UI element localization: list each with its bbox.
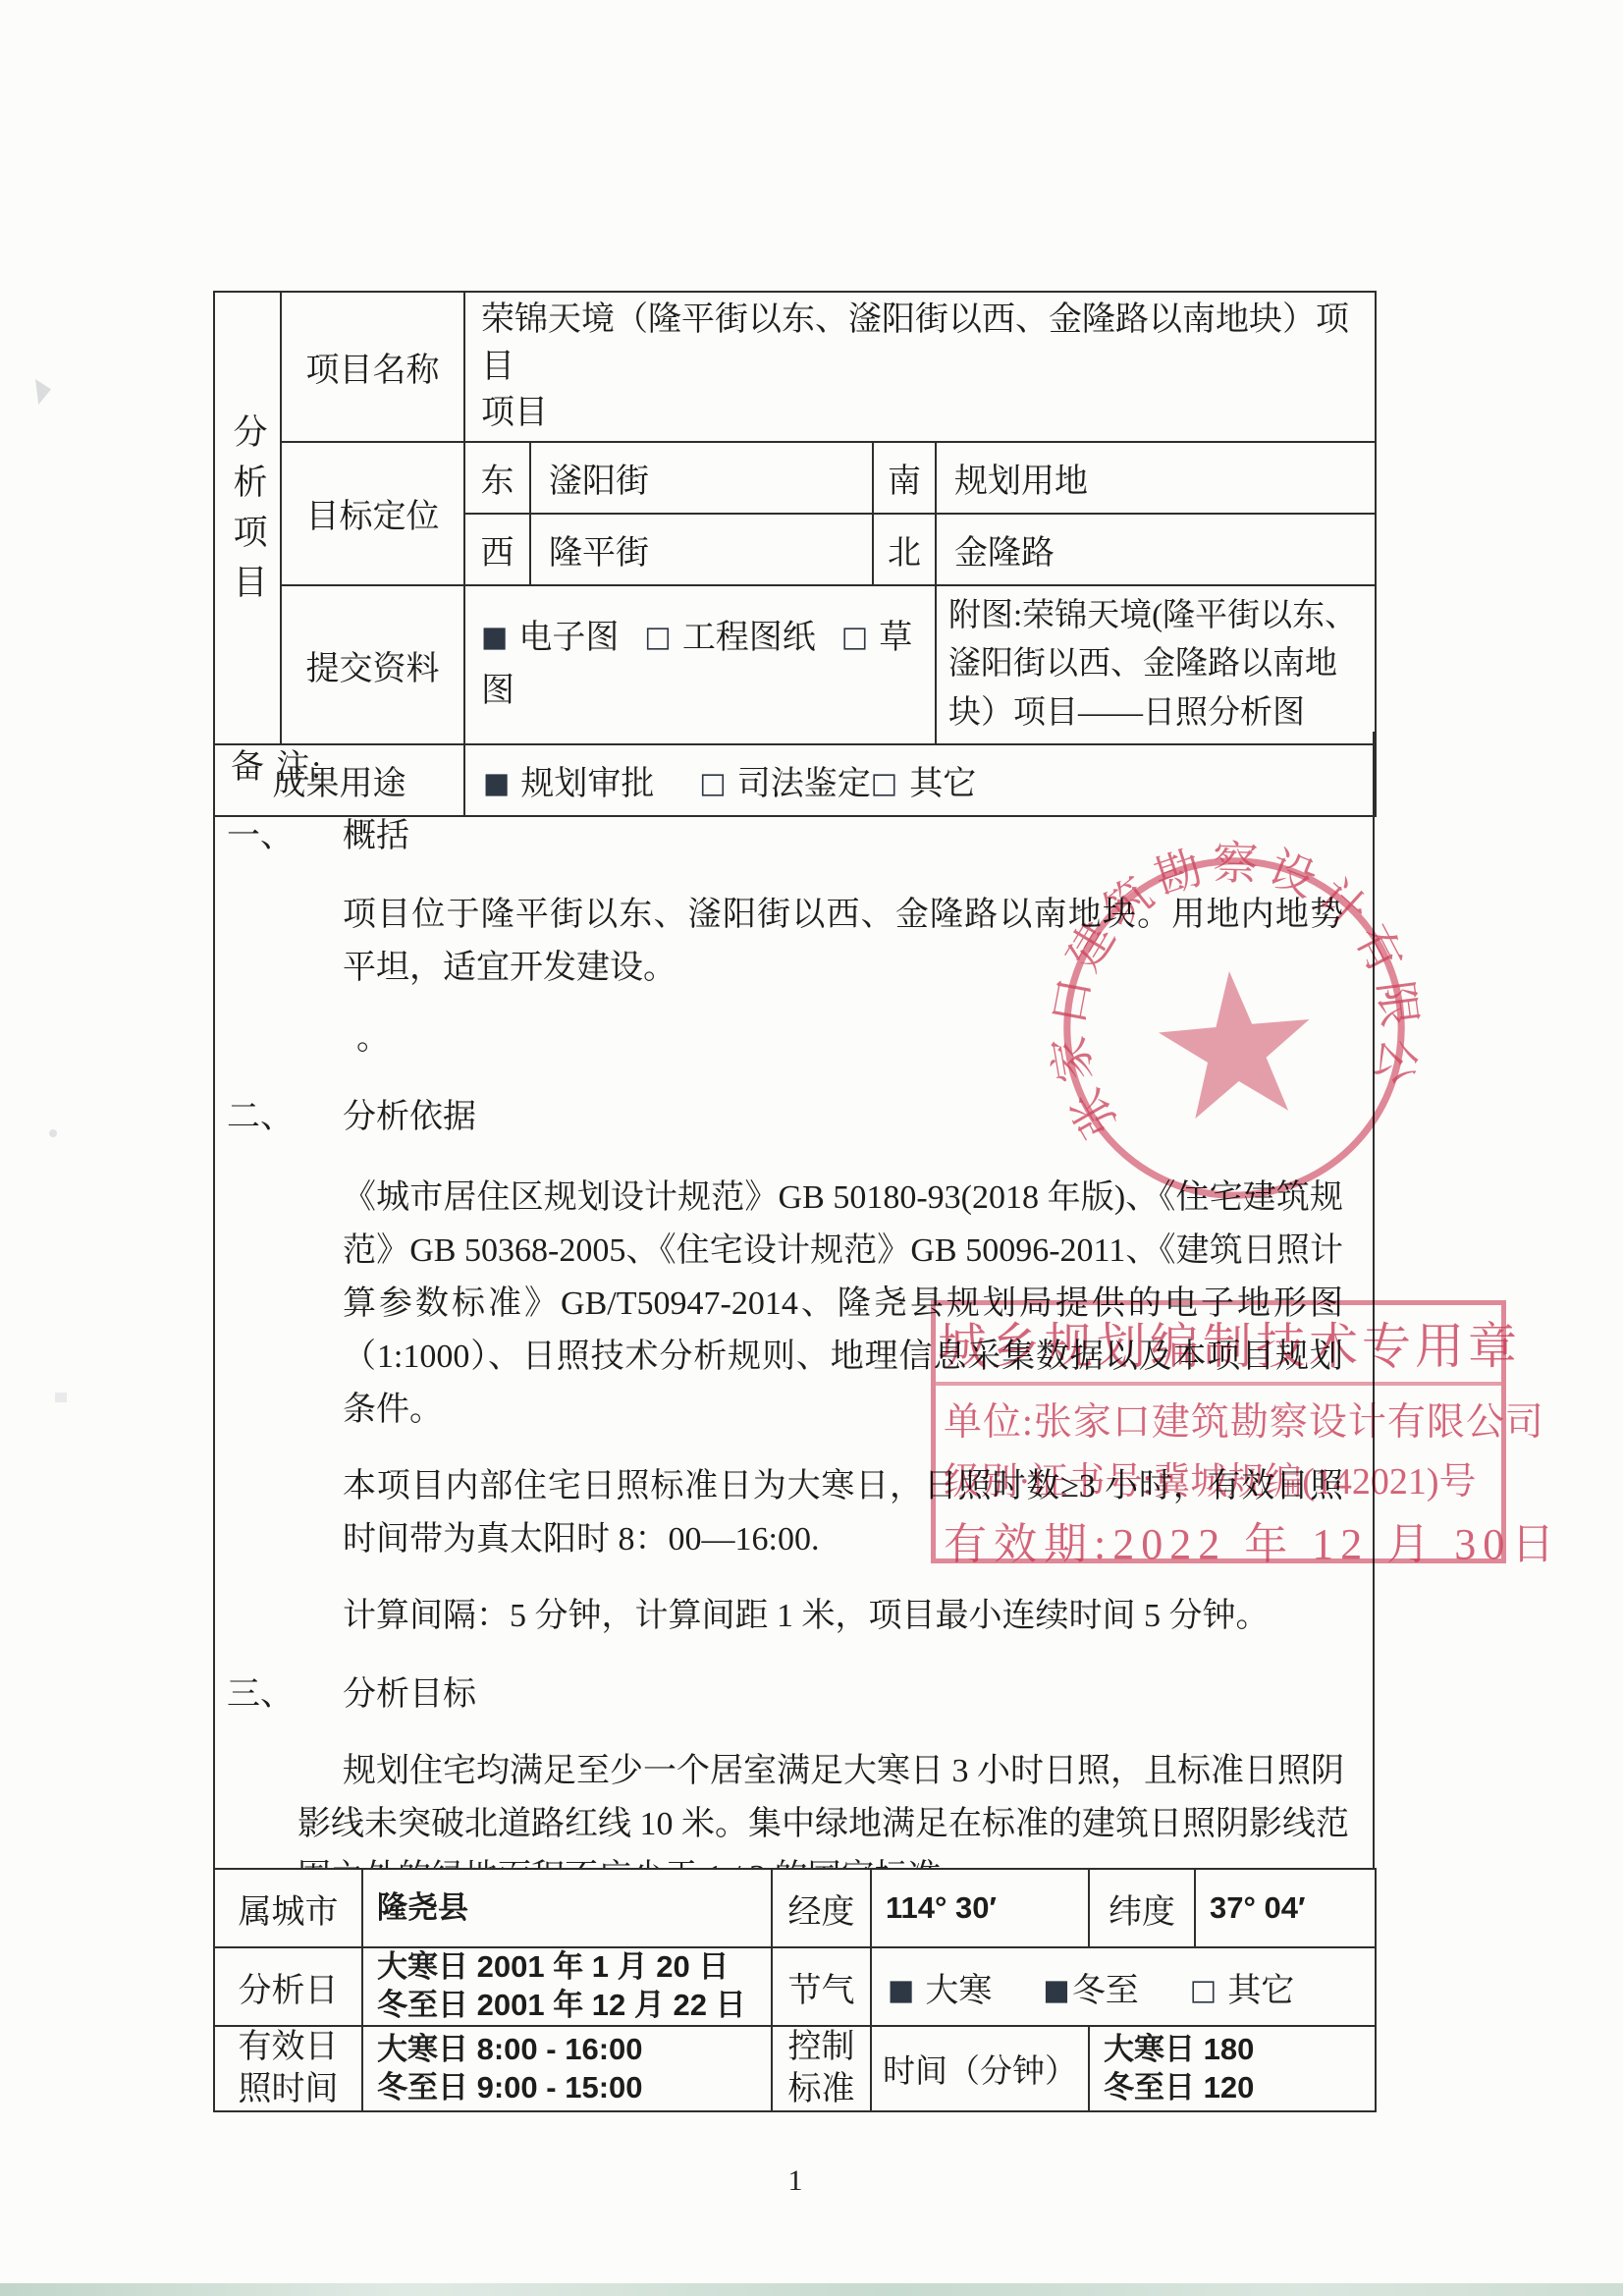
remarks-heading: 备 注: (231, 741, 1373, 794)
control-metric-label: 时间（分钟） (871, 2026, 1089, 2111)
table-row: 提交资料 ■电子图□工程图纸□草图 附图:荣锦天境(隆平街以东、滏阳街以西、金隆… (214, 585, 1376, 745)
section-number: 一、 (227, 810, 343, 863)
checkbox-option: □工程图纸 (644, 620, 815, 656)
table-row: 属城市 隆尧县 经度 114° 30′ 纬度 37° 04′ (214, 1869, 1376, 1947)
scan-smudge (55, 1393, 67, 1402)
section-1-paragraph: 项目位于隆平街以东、滏阳街以西、金隆路以南地块。用地内地势平坦，适宜开发建设。 (343, 889, 1343, 995)
section-title: 分析依据 (343, 1099, 476, 1135)
section-2-paragraph-1: 《城市居住区规划设计规范》GB 50180-93(2018 年版)、《住宅建筑规… (343, 1172, 1343, 1437)
valid-time-value: 大寒日 8:00 - 16:00 冬至日 9:00 - 15:00 (362, 2026, 772, 2111)
project-name-label: 项目名称 (281, 292, 464, 442)
option-label: 电子图 (518, 620, 619, 656)
analysis-day-value: 大寒日 2001 年 1 月 20 日 冬至日 2001 年 12 月 22 日 (362, 1947, 772, 2026)
section-2-paragraph-3: 计算间隔：5 分钟，计算间距 1 米，项目最小连续时间 5 分钟。 (343, 1590, 1343, 1643)
checkbox-checked-icon: ■ (1043, 1973, 1069, 2006)
dir-south-label: 南 (873, 442, 936, 514)
section-2-paragraph-2: 本项目内部住宅日照标准日为大寒日，日照时数≥3 小时，有效日照时间带为真太阳时 … (343, 1460, 1343, 1566)
scan-smudge (35, 379, 51, 405)
option-label: 其它 (1227, 1973, 1294, 2009)
table-row: 有效日 照时间 大寒日 8:00 - 16:00 冬至日 9:00 - 15:0… (214, 2026, 1376, 2111)
city-label: 属城市 (214, 1869, 362, 1947)
checkbox-empty-icon: □ (644, 620, 671, 653)
checkbox-empty-icon: □ (841, 620, 868, 653)
section-3-paragraph-1: 规划住宅均满足至少一个居室满足大寒日 3 小时日照，且标准日照阴影线未突破北道路… (298, 1745, 1351, 1868)
remarks-section: 备 注: 一、概括 项目位于隆平街以东、滏阳街以西、金隆路以南地块。用地内地势平… (213, 732, 1375, 1868)
attachment-note: 附图:荣锦天境(隆平街以东、滏阳街以西、金隆路以南地块）项目——日照分析图 (936, 585, 1376, 745)
scanner-edge-artifact (0, 2283, 1623, 2296)
project-name-value: 荣锦天境（隆平街以东、滏阳街以西、金隆路以南地块）项目 项目 (464, 292, 1376, 442)
option-label: 工程图纸 (682, 620, 816, 656)
latitude-value: 37° 04′ (1195, 1869, 1376, 1947)
dir-west-value: 隆平街 (530, 514, 873, 585)
checkbox-empty-icon: □ (1190, 1973, 1217, 2006)
section-title: 分析目标 (343, 1676, 476, 1713)
scanned-sunshine-analysis-form: 分析项目 项目名称 荣锦天境（隆平街以东、滏阳街以西、金隆路以南地块）项目 项目… (0, 0, 1623, 2296)
orientation-label: 目标定位 (281, 442, 464, 585)
longitude-label: 经度 (772, 1869, 871, 1947)
control-standard-label: 控制 标准 (772, 2026, 871, 2111)
section-number: 三、 (227, 1668, 343, 1722)
materials-label: 提交资料 (281, 585, 464, 745)
checkbox-option: ■电子图 (481, 620, 619, 656)
latitude-label: 纬度 (1089, 1869, 1195, 1947)
dir-north-value: 金隆路 (936, 514, 1376, 585)
checkbox-option: □其它 (1190, 1973, 1294, 2009)
location-parameters-table: 属城市 隆尧县 经度 114° 30′ 纬度 37° 04′ 分析日 大寒日 2… (213, 1868, 1377, 2112)
solar-term-label: 节气 (772, 1947, 871, 2026)
analysis-day-label: 分析日 (214, 1947, 362, 2026)
section-1-heading: 一、概括 (227, 810, 1373, 863)
section-title: 概括 (343, 818, 409, 854)
valid-time-label: 有效日 照时间 (214, 2026, 362, 2111)
control-value: 大寒日 180 冬至日 120 (1089, 2026, 1376, 2111)
section-number: 二、 (227, 1091, 343, 1144)
materials-options: ■电子图□工程图纸□草图 (464, 585, 936, 745)
dir-north-label: 北 (873, 514, 936, 585)
group-label-cell: 分析项目 (214, 292, 281, 744)
checkbox-checked-icon: ■ (888, 1973, 914, 2006)
table-row: 分析日 大寒日 2001 年 1 月 20 日 冬至日 2001 年 12 月 … (214, 1947, 1376, 2026)
checkbox-option: ■大寒 (888, 1973, 992, 2009)
checkbox-checked-icon: ■ (481, 620, 508, 653)
table-row: 目标定位 东 滏阳街 南 规划用地 (214, 442, 1376, 514)
longitude-value: 114° 30′ (871, 1869, 1089, 1947)
page-number: 1 (766, 2164, 825, 2198)
scan-smudge (49, 1129, 57, 1137)
solar-term-options: ■大寒■冬至□其它 (871, 1947, 1376, 2026)
option-label: 冬至 (1072, 1973, 1139, 2009)
dir-south-value: 规划用地 (936, 442, 1376, 514)
stray-period: 。 (356, 1012, 1373, 1066)
checkbox-option: ■冬至 (1043, 1973, 1138, 2009)
table-row: 分析项目 项目名称 荣锦天境（隆平街以东、滏阳街以西、金隆路以南地块）项目 项目 (214, 292, 1376, 442)
city-value: 隆尧县 (362, 1869, 772, 1947)
section-2-heading: 二、分析依据 (227, 1091, 1373, 1144)
dir-east-value: 滏阳街 (530, 442, 873, 514)
dir-east-label: 东 (464, 442, 530, 514)
section-3-heading: 三、分析目标 (227, 1668, 1373, 1722)
dir-west-label: 西 (464, 514, 530, 585)
option-label: 大寒 (925, 1973, 992, 2009)
analysis-project-group-label: 分析项目 (223, 413, 272, 614)
